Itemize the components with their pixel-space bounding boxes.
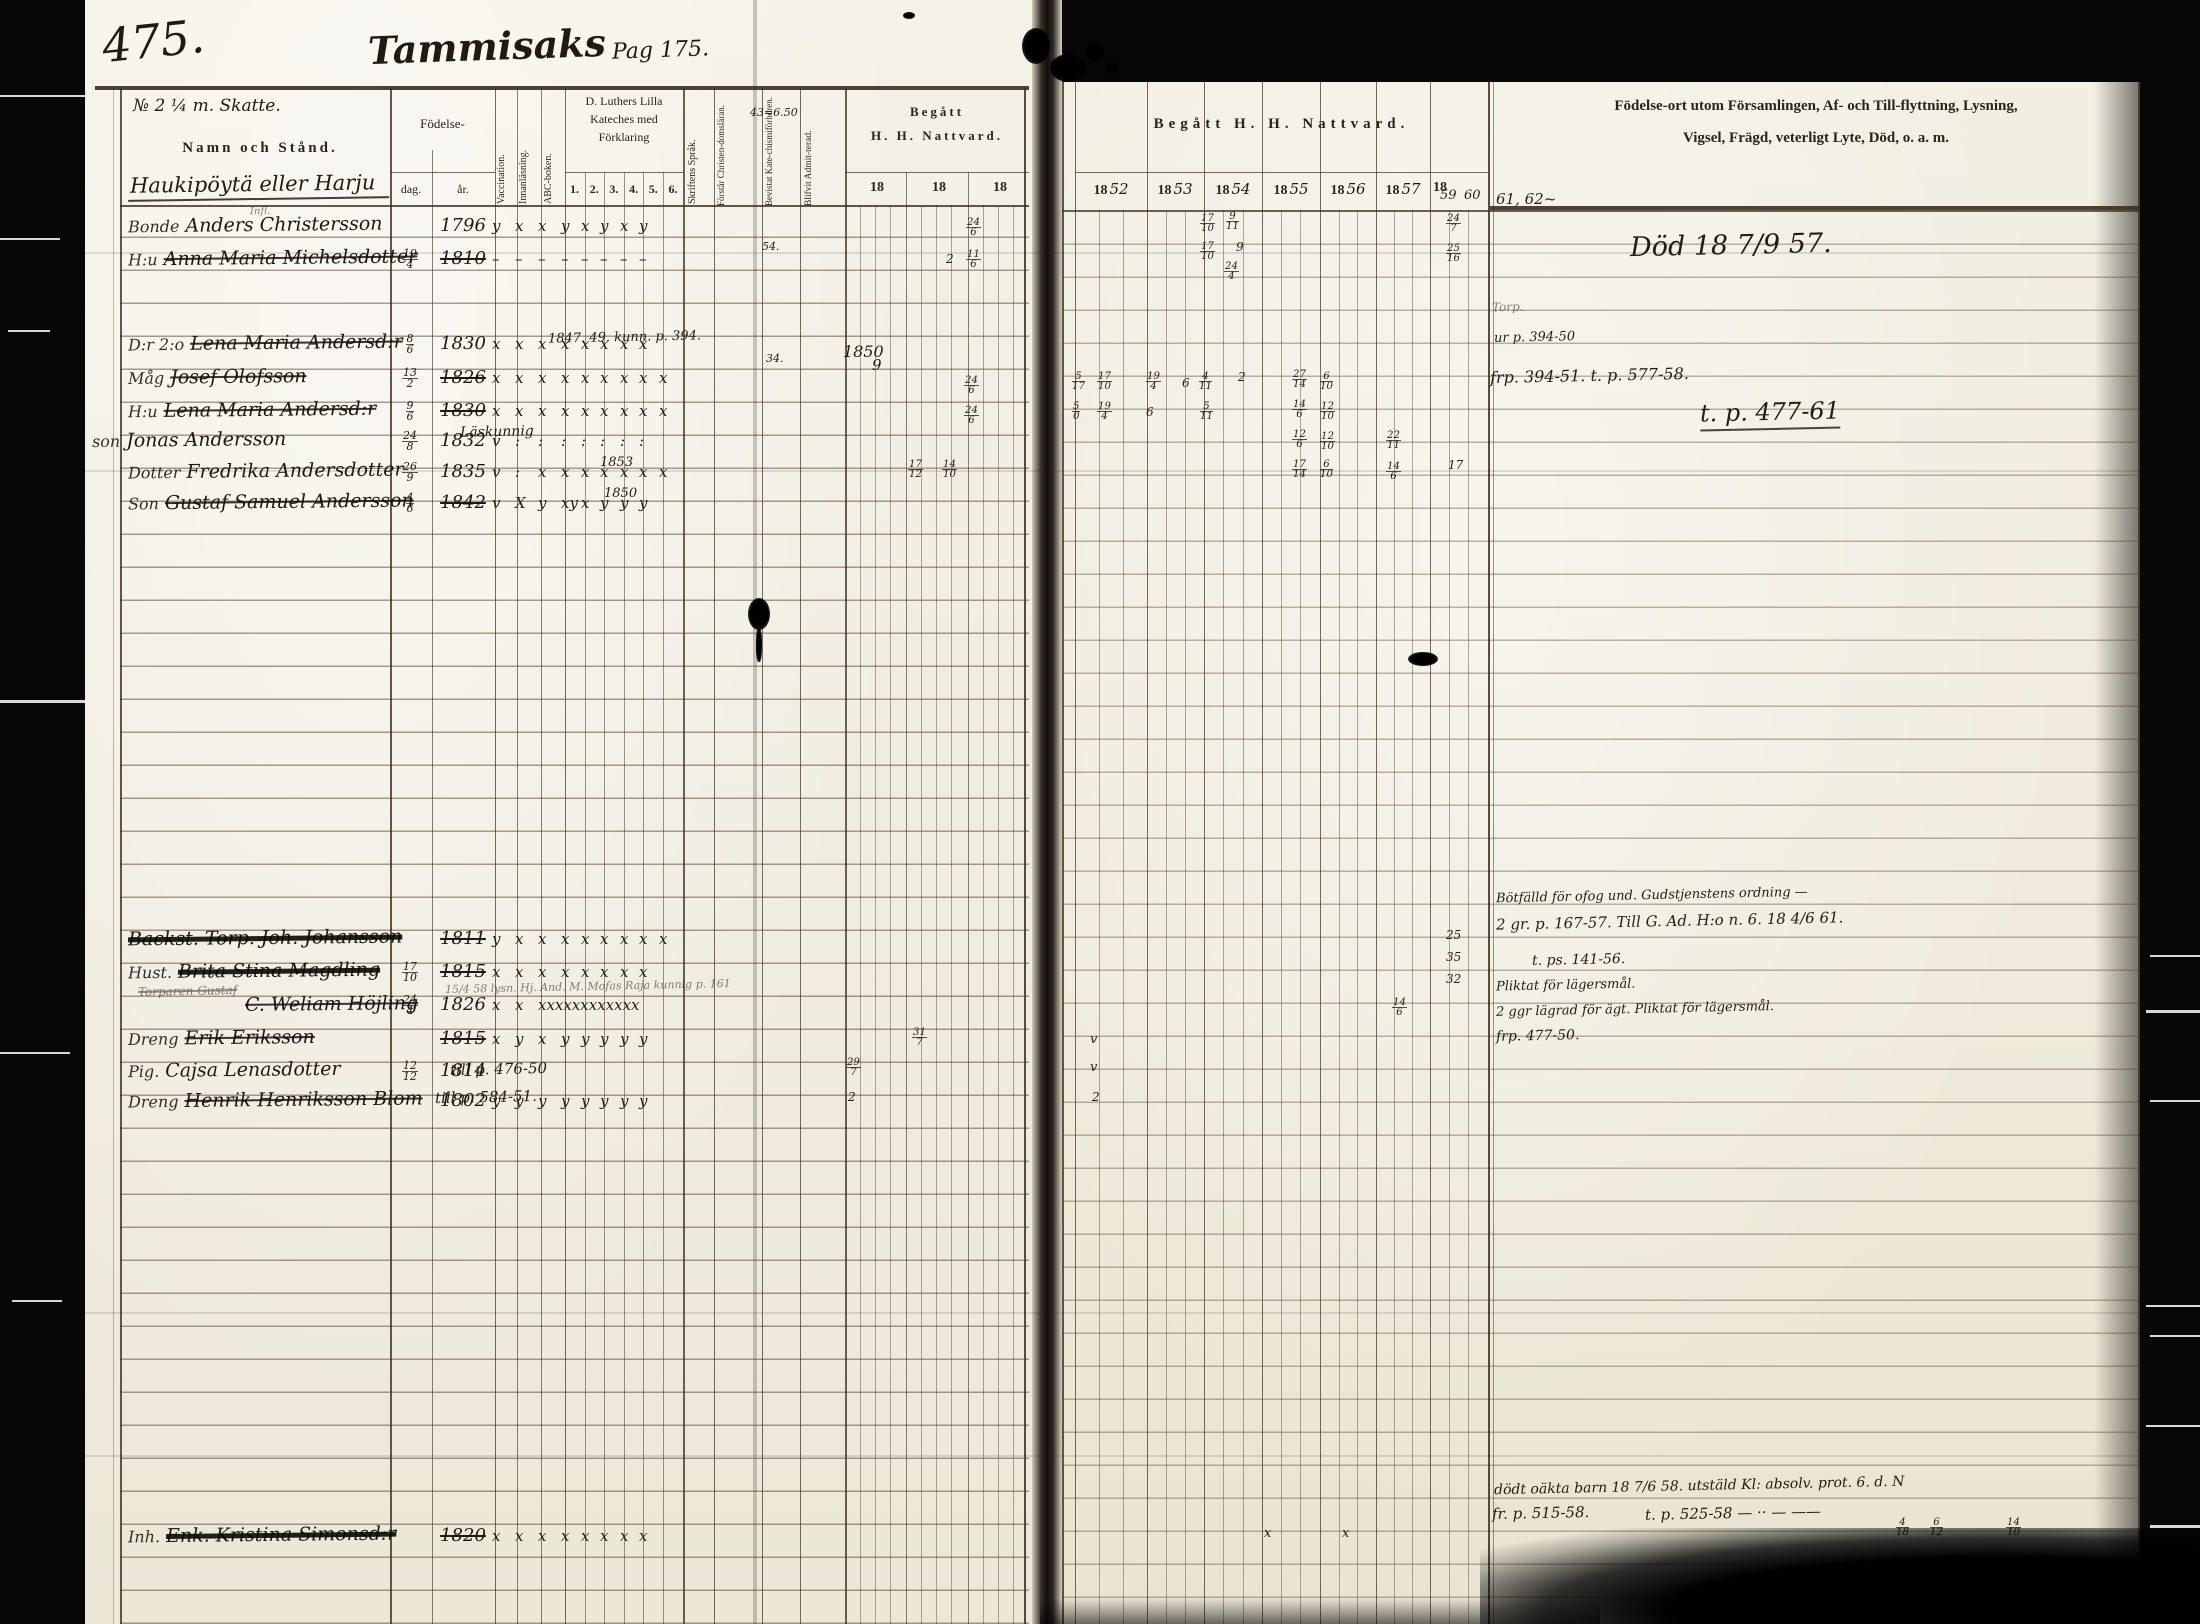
birth-day: 248 xyxy=(388,431,432,452)
examination-mark: x xyxy=(515,402,523,420)
handwritten-annotation: t. ps. 141-56. xyxy=(1532,951,1626,969)
examination-mark: X xyxy=(515,494,526,512)
birth-day: 1710 xyxy=(388,962,432,983)
cell-mark: 9 xyxy=(872,356,882,374)
cell-mark: 1710 xyxy=(1097,372,1112,392)
examination-mark: x xyxy=(600,1527,608,1545)
cell-mark: 1853 xyxy=(600,455,633,470)
examination-mark: : xyxy=(639,432,644,450)
cell-mark: 246 xyxy=(964,406,979,426)
handwritten-annotation: Död 18 7/9 57. xyxy=(1630,228,1832,263)
examination-mark: y xyxy=(639,1030,647,1048)
table-row: DrengErik Eriksson1815xyxyyyyy xyxy=(0,1023,2200,1051)
table-row: Hust.Brita Stina Magdling17101815xxxxxxx… xyxy=(0,956,2200,984)
col-header-communion-left-2: H. H. Nattvard. xyxy=(845,128,1029,144)
examination-mark: x xyxy=(538,463,546,481)
cell-mark: 244 xyxy=(1224,262,1239,282)
cell-mark: 35 xyxy=(1446,950,1461,964)
scan-streak xyxy=(85,252,2140,254)
scan-streak xyxy=(85,1312,2140,1314)
person-name: Inh.Enk. Kristina Simonsd:r xyxy=(128,1523,397,1548)
cell-mark: 297 xyxy=(846,1058,861,1078)
grid-vline xyxy=(113,88,114,1624)
table-row: H:uAnna Maria Michelsdotter1941810––––––… xyxy=(0,243,2200,271)
examination-mark: : xyxy=(538,432,543,450)
cell-mark: 2 xyxy=(1092,1090,1100,1104)
scan-scratch xyxy=(12,1300,62,1302)
scan-streak xyxy=(85,1455,2140,1457)
examination-mark: x xyxy=(515,369,523,387)
examination-mark: y xyxy=(600,217,608,235)
col-header-remarks-2: Vigsel, Frägd, veterligt Lyte, Död, o. a… xyxy=(1498,130,2134,147)
examination-mark: x xyxy=(515,930,523,948)
cell-mark: 317 xyxy=(912,1028,927,1048)
col-header-name: Namn och Stånd. xyxy=(150,140,370,157)
communion-left-year-3: 18 xyxy=(975,180,1025,196)
col-header-admitted: Blifvit Admit-terad. xyxy=(804,92,840,206)
cell-mark: v xyxy=(1090,1032,1097,1047)
examination-mark: x xyxy=(600,369,608,387)
grid-hline xyxy=(1075,172,1488,173)
examination-mark: x xyxy=(515,996,523,1014)
examination-mark: : xyxy=(620,432,625,450)
examination-mark: y xyxy=(515,1030,523,1048)
cell-mark: 43=6.50 xyxy=(750,106,798,119)
ink-blot xyxy=(756,628,762,662)
cell-mark: v xyxy=(1090,1060,1097,1075)
cell-mark: 411 xyxy=(1199,372,1212,392)
birth-day: 244 xyxy=(388,995,432,1016)
col-header-communion-left-1: Begått xyxy=(845,104,1029,120)
grid-vline xyxy=(683,88,685,1624)
handwritten-annotation: Torp. xyxy=(1492,300,1524,315)
examination-mark: x xyxy=(620,369,628,387)
col-header-catechism-2: Kateches med xyxy=(565,112,683,127)
examination-mark: y xyxy=(561,217,569,235)
scan-scratch xyxy=(0,238,60,240)
examination-mark: x xyxy=(538,1030,546,1048)
examination-mark: x xyxy=(639,463,647,481)
birth-day: 1212 xyxy=(388,1061,432,1082)
grid-hline xyxy=(565,172,683,173)
page-ref-handwritten: Pag 175. xyxy=(612,36,710,64)
table-row: Backst. Torp. Joh. Johansson1811yxxxxxxx… xyxy=(0,923,2200,951)
communion-year-label: 1855 xyxy=(1263,180,1319,199)
examination-mark: x xyxy=(581,402,589,420)
cell-mark: 247 xyxy=(1446,214,1461,234)
col-header-scripture: Skriftens Språk. xyxy=(688,92,710,204)
examination-mark: x xyxy=(659,369,667,387)
handwritten-annotation: till p. 584-51. xyxy=(435,1087,537,1107)
examination-mark: x xyxy=(538,1527,546,1545)
scan-scratch xyxy=(0,95,85,97)
handwritten-annotation: t. p. 477-61 xyxy=(1700,397,1841,432)
grid-vline xyxy=(762,88,763,1624)
examination-mark: v xyxy=(492,463,500,481)
examination-mark: x xyxy=(538,963,546,981)
grid-vline xyxy=(2138,82,2140,1624)
examination-mark: y xyxy=(581,1092,589,1110)
examination-mark: y xyxy=(600,1030,608,1048)
examination-mark: x xyxy=(600,930,608,948)
examination-mark: x xyxy=(538,369,546,387)
examination-mark: x xyxy=(515,217,523,235)
person-name: H:uLena Maria Andersd:r xyxy=(128,398,376,423)
cell-mark: 1210 xyxy=(1320,432,1335,452)
grid-vline xyxy=(517,88,518,1624)
ink-blot xyxy=(1408,652,1438,666)
person-name: H:uAnna Maria Michelsdotter xyxy=(128,245,417,270)
col-header-vaccination: Vaccination. xyxy=(497,92,515,204)
birth-day: 132 xyxy=(388,368,432,389)
communion-year-label: 1852 xyxy=(1083,180,1139,199)
cell-mark: 194 xyxy=(1097,402,1112,422)
examination-mark: x xyxy=(538,217,546,235)
examination-mark: x xyxy=(561,402,569,420)
scan-scratch xyxy=(8,330,50,332)
ink-blot xyxy=(1050,54,1086,82)
col-header-communion-right: Begått H. H. Nattvard. xyxy=(1075,116,1488,133)
birth-year: 1842 xyxy=(433,492,493,513)
birth-year: 1826 xyxy=(433,367,493,388)
cell-mark: 34. xyxy=(766,352,784,365)
cell-mark: 25 xyxy=(1446,928,1461,942)
examination-mark: x xyxy=(561,463,569,481)
catechism-number: 3. xyxy=(604,182,623,197)
cell-mark: 511 xyxy=(1200,402,1213,422)
grid-vline xyxy=(1376,82,1377,1624)
person-name: D:r 2:oLena Maria Andersd:r xyxy=(128,331,403,356)
cell-mark: 59 xyxy=(1440,188,1457,203)
examination-mark: y xyxy=(538,1092,546,1110)
handwritten-annotation: 1847. 49. kunn. p. 394. xyxy=(548,328,701,346)
table-row: C. Weliam Höjling2441826xxxxxxxxxxxxxx xyxy=(0,989,2200,1017)
grid-vline xyxy=(541,88,542,1624)
col-header-birth-day: dag. xyxy=(390,182,432,197)
examination-mark: x xyxy=(515,1527,523,1545)
cell-mark: 146 xyxy=(1392,998,1407,1018)
ink-blot xyxy=(1086,42,1104,62)
grid-vline xyxy=(714,88,715,1624)
grid-vline xyxy=(1262,82,1263,1624)
cell-mark: 911 xyxy=(1226,212,1239,232)
examination-mark: x xyxy=(515,963,523,981)
cell-mark: 61, 62~ xyxy=(1496,190,1556,208)
grid-vline xyxy=(1430,82,1431,1624)
scan-scratch xyxy=(2150,1100,2200,1102)
examination-mark: x xyxy=(561,369,569,387)
person-name: MågJosef Olofsson xyxy=(128,365,307,389)
examination-mark: x xyxy=(538,335,546,353)
examination-mark: x xyxy=(561,963,569,981)
ink-blot xyxy=(903,12,915,19)
examination-mark: x xyxy=(492,369,500,387)
examination-mark: x xyxy=(600,402,608,420)
examination-mark: x xyxy=(659,930,667,948)
cell-mark: x xyxy=(1342,1526,1349,1541)
handwritten-annotation: Läskunnig xyxy=(460,423,534,441)
examination-mark: xy xyxy=(561,494,578,512)
communion-left-year-2: 18 xyxy=(914,180,964,196)
person-name: sonJonas Andersson xyxy=(92,428,286,452)
handwritten-annotation: Torparen Gustaf xyxy=(138,983,237,999)
col-header-catechism-1: D. Luthers Lilla xyxy=(565,94,683,109)
cell-mark: 194 xyxy=(1146,372,1161,392)
examination-mark: y xyxy=(639,1092,647,1110)
examination-mark: y xyxy=(639,217,647,235)
examination-mark: x xyxy=(561,930,569,948)
examination-mark: v xyxy=(492,494,500,512)
cell-mark: 60 xyxy=(1464,188,1481,203)
scan-scratch xyxy=(2146,1305,2200,1307)
birth-year: 1830 xyxy=(433,400,493,421)
examination-mark: x xyxy=(492,335,500,353)
cell-mark: 610 xyxy=(1320,372,1333,392)
examination-mark: y xyxy=(561,1030,569,1048)
table-row: BondeAnders Christersson1796yxxyxyxy xyxy=(0,210,2200,238)
grid-vline xyxy=(120,88,122,1624)
birth-year: 1820 xyxy=(433,1525,493,1546)
handwritten-annotation: t. p. 525-58 — ·· — —— xyxy=(1645,1502,1821,1524)
grid-vline xyxy=(1075,82,1076,1624)
examination-mark: x xyxy=(600,963,608,981)
birth-year: 1796 xyxy=(433,215,493,236)
examination-mark: x xyxy=(620,1527,628,1545)
examination-mark: x xyxy=(561,1527,569,1545)
col-header-birth: Födelse- xyxy=(390,116,495,132)
examination-mark: y xyxy=(561,1092,569,1110)
birth-year: 1815 xyxy=(433,961,493,982)
catechism-number: 5. xyxy=(644,182,663,197)
examination-mark: y xyxy=(581,1030,589,1048)
examination-mark: y xyxy=(639,494,647,512)
scanned-book-spread: 475. Tammisaks Pag 175. № 2 ¼ m. Skatte.… xyxy=(0,0,2200,1624)
examination-mark: x xyxy=(492,996,500,1014)
birth-day: 46 xyxy=(388,493,432,514)
catechism-number: 6. xyxy=(664,182,683,197)
cell-mark: 2714 xyxy=(1292,370,1307,390)
birth-year: 1811 xyxy=(433,928,493,949)
birth-day: 96 xyxy=(388,401,432,422)
cell-mark: 2 xyxy=(848,1090,856,1104)
page-title-handwritten: Tammisaks xyxy=(367,20,606,73)
examination-mark: x xyxy=(639,369,647,387)
cell-mark: 126 xyxy=(1292,430,1307,450)
birth-year: 1826 xyxy=(433,994,493,1015)
col-header-birth-year: år. xyxy=(434,182,492,197)
grid-vline xyxy=(1204,82,1205,1624)
estate-note-handwritten: № 2 ¼ m. Skatte. xyxy=(133,96,281,116)
cell-mark: 1710 xyxy=(1200,214,1215,234)
handwritten-annotation: Pliktat för lägersmål. xyxy=(1496,977,1636,995)
examination-mark: y xyxy=(492,217,500,235)
examination-mark: x xyxy=(659,463,667,481)
grid-vline xyxy=(495,88,496,1624)
birth-year: 1830 xyxy=(433,333,493,354)
examination-mark: x xyxy=(492,1527,500,1545)
examination-mark: x xyxy=(581,1527,589,1545)
examination-mark: x xyxy=(581,930,589,948)
examination-mark: x xyxy=(538,930,546,948)
handwritten-annotation: ur p. 394-50 xyxy=(1494,329,1575,346)
grid-vline xyxy=(1024,88,1026,1624)
catechism-number: 4. xyxy=(624,182,643,197)
examination-mark: : xyxy=(561,432,566,450)
grid-hline xyxy=(845,172,1029,173)
cell-mark: 50 xyxy=(1072,402,1080,422)
handwritten-annotation: Infl. xyxy=(250,206,270,217)
communion-left-year-1: 18 xyxy=(852,180,902,196)
handwritten-annotation: fr. p. 515-58. xyxy=(1492,1503,1590,1523)
grid-vline xyxy=(1062,82,1064,1624)
grid-vline xyxy=(800,88,801,1624)
examination-mark: x xyxy=(620,930,628,948)
cell-mark: 246 xyxy=(966,218,981,238)
examination-mark: : xyxy=(600,432,605,450)
cell-mark: 146 xyxy=(1292,400,1307,420)
handwritten-annotation: till p. 476-50 xyxy=(450,1059,547,1079)
col-header-abc: ABC-boken. xyxy=(544,92,562,204)
grid-vline xyxy=(390,88,392,1624)
examination-mark: x xyxy=(581,463,589,481)
examination-mark: : xyxy=(581,432,586,450)
table-row: DrengHenrik Henriksson Blom1802yyyyyyyy xyxy=(0,1085,2200,1113)
cell-mark: 1210 xyxy=(1320,402,1335,422)
examination-mark: x xyxy=(581,963,589,981)
examination-mark: x xyxy=(639,1527,647,1545)
scan-scratch xyxy=(2150,955,2200,957)
examination-mark: : xyxy=(515,463,520,481)
examination-mark: x xyxy=(581,494,589,512)
examination-mark: x xyxy=(492,402,500,420)
handwritten-annotation: frp. 477-50. xyxy=(1496,1027,1580,1045)
cell-mark: 1850 xyxy=(604,486,637,501)
cell-mark: 6 xyxy=(1146,405,1154,419)
catechism-number: 1. xyxy=(565,182,584,197)
col-header-catechism-3: Förklaring xyxy=(565,130,683,145)
communion-year-label: 1856 xyxy=(1320,180,1376,199)
scan-scratch xyxy=(2146,1010,2200,1013)
examination-mark: y xyxy=(492,930,500,948)
examination-mark: y xyxy=(600,1092,608,1110)
birth-year: 1815 xyxy=(433,1028,493,1049)
examination-mark: x xyxy=(581,369,589,387)
cell-mark: 32 xyxy=(1446,972,1461,986)
cell-mark: 246 xyxy=(964,376,979,396)
table-row: D:r 2:oLena Maria Andersd:r861830xxxxxxx… xyxy=(0,328,2200,356)
grid-vline xyxy=(1320,82,1321,1624)
examination-mark: x xyxy=(538,402,546,420)
person-name: DrengErik Eriksson xyxy=(128,1026,315,1050)
grid-vline xyxy=(1488,82,1490,1624)
birth-day: 269 xyxy=(388,462,432,483)
ink-blot xyxy=(1106,62,1118,74)
grid-hline xyxy=(390,172,495,173)
grid-vline xyxy=(565,88,566,1624)
farm-heading: Haukipöytä eller Harju xyxy=(128,170,390,202)
grid-vline xyxy=(1147,82,1148,1624)
birth-day: 86 xyxy=(388,334,432,355)
scan-scratch xyxy=(0,700,85,703)
examination-mark: x xyxy=(639,402,647,420)
examination-mark: x xyxy=(581,217,589,235)
examination-mark: x xyxy=(492,1030,500,1048)
examination-mark: y xyxy=(620,1092,628,1110)
col-header-reading: Innanläsning. xyxy=(519,92,539,204)
examination-mark: x xyxy=(659,402,667,420)
table-row: Pig.Cajsa Lenasdotter12121814 xyxy=(0,1055,2200,1083)
scan-scratch xyxy=(2150,1525,2200,1528)
cell-mark: 517 xyxy=(1072,372,1085,392)
person-name: Pig.Cajsa Lenasdotter xyxy=(128,1058,341,1082)
scan-scratch xyxy=(0,1052,70,1054)
examination-mark: xxxxxxxxxxxx xyxy=(538,996,640,1014)
examination-mark: x xyxy=(620,402,628,420)
communion-year-label: 1853 xyxy=(1147,180,1203,199)
person-name: Backst. Torp. Joh. Johansson xyxy=(128,926,402,951)
catechism-number: 2. xyxy=(585,182,604,197)
scan-scratch xyxy=(2150,1335,2200,1337)
cell-mark: x xyxy=(1264,1526,1271,1541)
examination-mark: x xyxy=(515,335,523,353)
scan-streak xyxy=(85,470,2140,472)
cell-mark: 6 xyxy=(1182,376,1190,390)
table-row: SonGustaf Samuel Andersson461842vXyxyxyy… xyxy=(0,487,2200,515)
person-name: DrengHenrik Henriksson Blom xyxy=(128,1087,423,1112)
person-name: Hust.Brita Stina Magdling xyxy=(128,959,380,984)
examination-mark: x xyxy=(492,963,500,981)
table-row: sonJonas Andersson2481832v::::::: xyxy=(0,425,2200,453)
cell-mark: 2211 xyxy=(1386,431,1401,451)
examination-mark: x xyxy=(639,930,647,948)
examination-mark: y xyxy=(620,1030,628,1048)
communion-year-label: 1854 xyxy=(1205,180,1261,199)
person-name: SonGustaf Samuel Andersson xyxy=(128,490,414,515)
scan-scratch xyxy=(2146,1425,2200,1427)
cell-mark: 2 xyxy=(1238,370,1246,384)
col-header-remarks-1: Födelse-ort utom Församlingen, Af- och T… xyxy=(1498,98,2134,115)
scan-smudge-bottom xyxy=(1040,1598,1600,1624)
examination-mark: y xyxy=(538,494,546,512)
ink-blot xyxy=(748,598,770,630)
grid-vline xyxy=(845,88,847,1624)
grid-hline xyxy=(95,86,1029,90)
examination-mark: x xyxy=(620,217,628,235)
page-number-handwritten: 475. xyxy=(99,9,207,73)
ink-blot xyxy=(1022,28,1050,64)
cell-mark: 2 xyxy=(946,252,954,266)
